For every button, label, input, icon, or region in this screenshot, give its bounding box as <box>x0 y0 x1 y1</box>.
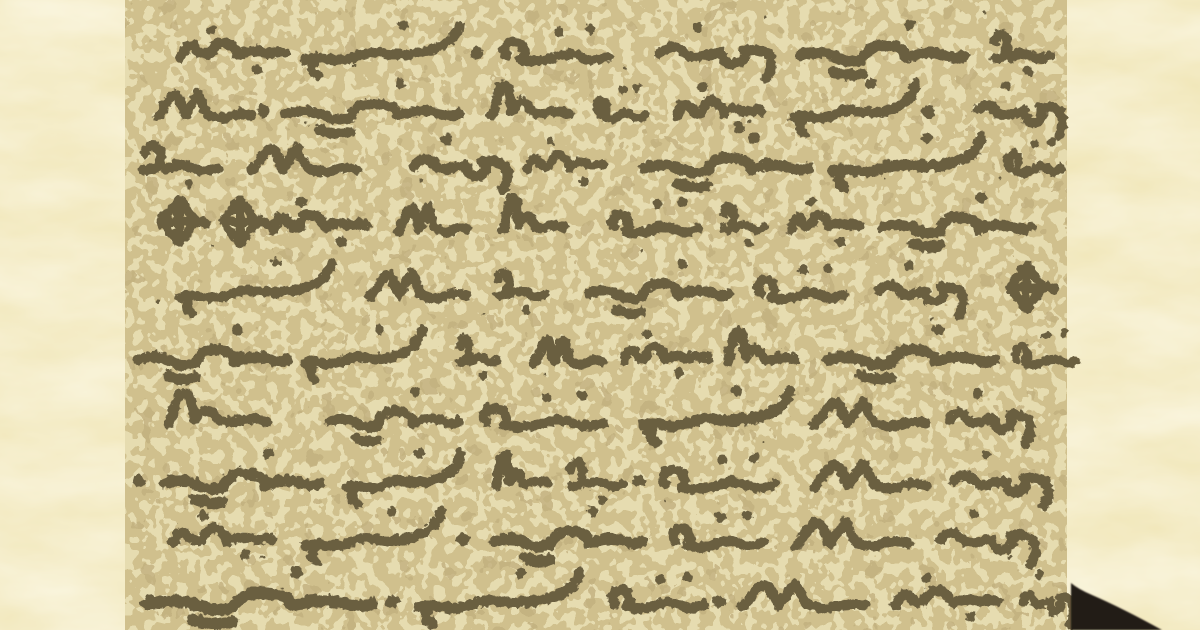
manuscript-scan <box>125 0 1074 630</box>
manuscript-svg <box>0 0 1200 630</box>
social-card-image <box>0 0 1200 630</box>
